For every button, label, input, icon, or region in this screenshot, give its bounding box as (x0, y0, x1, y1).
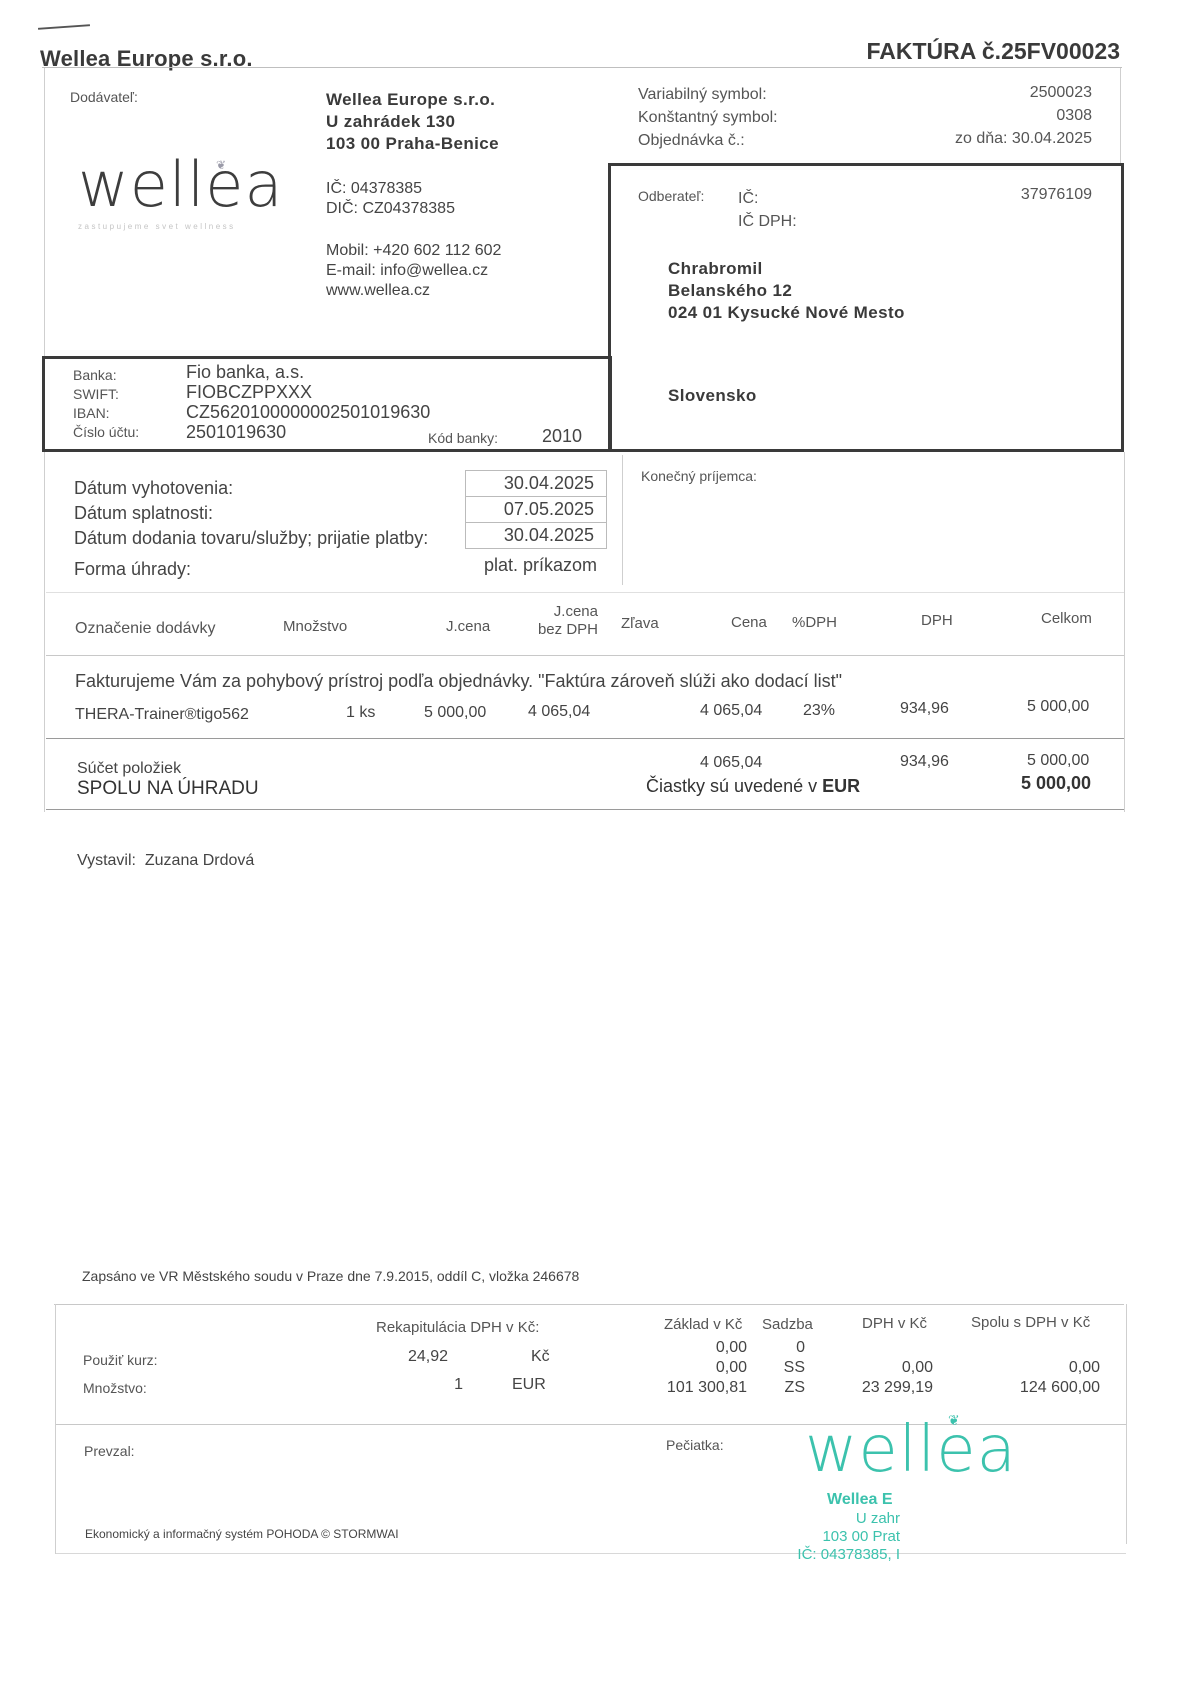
divider (1120, 68, 1121, 164)
col-designation: Označenie dodávky (75, 620, 216, 638)
constant-symbol-value: 0308 (955, 104, 1092, 127)
sum-total: 5 000,00 (1027, 752, 1089, 770)
payment-method-label: Forma úhrady: (74, 557, 428, 582)
wellea-logo: wellea ❦ zastupujeme svet wellness (78, 150, 288, 235)
stamp-line4: IČ: 04378385, I (797, 1546, 900, 1563)
recap-title: Rekapitulácia DPH v Kč: (376, 1319, 539, 1336)
pay-total: 5 000,00 (1021, 773, 1091, 794)
leaf-icon: ❦ (216, 158, 226, 172)
pen-mark (38, 24, 90, 30)
item-vat: 934,96 (900, 700, 949, 718)
issued-by: Vystavil: Zuzana Drdová (77, 852, 254, 870)
col-price: Cena (731, 614, 767, 631)
recap-col-total: Spolu s DPH v Kč (971, 1314, 1090, 1331)
account-label: Číslo účtu: (73, 423, 139, 442)
recap-col-rate: Sadzba (762, 1316, 813, 1333)
recap-total: 0,00 (960, 1359, 1100, 1377)
stamp-label: Pečiatka: (666, 1437, 724, 1453)
amount-value: 1 (380, 1376, 463, 1394)
rate-label: Použiť kurz: (83, 1352, 158, 1368)
issue-date-label: Dátum vyhotovenia: (74, 476, 428, 501)
final-recipient-label: Konečný príjemca: (641, 468, 757, 484)
col-total: Celkom (1041, 610, 1092, 627)
swift-label: SWIFT: (73, 385, 139, 404)
divider (1126, 1304, 1127, 1544)
customer-ic-value: 37976109 (1021, 186, 1092, 204)
bank-values: Fio banka, a.s. FIOBCZPPXXX CZ5620100000… (186, 362, 430, 442)
variable-symbol-label: Variabilný symbol: (638, 83, 778, 106)
item-designation: THERA-Trainer®tigo562 (75, 706, 249, 724)
customer-street: Belanského 12 (668, 280, 905, 302)
company-stamp: wellea ❦ Wellea E U zahr 103 00 Prat IČ:… (800, 1404, 1040, 1574)
col-discount: Zľava (621, 615, 659, 632)
item-unit-price: 5 000,00 (424, 704, 486, 722)
customer-ic-label: IČ: (738, 187, 797, 210)
stamp-line3: 103 00 Prat (822, 1528, 900, 1545)
divider (42, 67, 1122, 68)
col-quantity: Množstvo (283, 618, 347, 635)
currency-note-prefix: Čiastky sú uvedené v (646, 776, 817, 796)
divider (46, 809, 1124, 810)
date-values-box: 30.04.2025 07.05.2025 30.04.2025 (465, 470, 607, 549)
supplier-name: Wellea Europe s.r.o. (326, 89, 499, 111)
company-title: Wellea Europe s.r.o. (40, 46, 253, 72)
divider (55, 1304, 56, 1554)
stamp-leaf-icon: ❦ (948, 1412, 960, 1429)
recap-total: 124 600,00 (960, 1379, 1100, 1397)
stamp-logo: wellea (805, 1418, 1017, 1482)
amount-unit: EUR (512, 1376, 546, 1394)
divider (46, 592, 1124, 593)
iban-value: CZ5620100000002501019630 (186, 402, 430, 422)
customer-name: Chrabromil (668, 258, 905, 280)
invoice-note: Fakturujeme Vám za pohybový prístroj pod… (75, 671, 842, 692)
currency-code: EUR (822, 776, 860, 796)
divider (54, 1304, 1124, 1305)
iban-label: IBAN: (73, 404, 139, 423)
stamp-line1: Wellea E (827, 1491, 893, 1509)
col-vat-pct: %DPH (792, 614, 837, 631)
recap-base: 0,00 (620, 1359, 747, 1377)
divider (622, 455, 623, 585)
customer-city: 024 01 Kysucké Nové Mesto (668, 302, 905, 324)
registry-note: Zapsáno ve VR Městského soudu v Praze dn… (82, 1268, 579, 1284)
sum-price: 4 065,04 (700, 754, 762, 772)
supplier-email[interactable]: E-mail: info@wellea.cz (326, 261, 501, 281)
invoice-title: FAKTÚRA č.25FV00023 (866, 38, 1120, 65)
divider (46, 655, 1124, 656)
rate-value: 24,92 (380, 1348, 448, 1366)
issued-by-name: Zuzana Drdová (145, 852, 254, 869)
item-total: 5 000,00 (1027, 698, 1089, 716)
col-unit-price-net-line2: bez DPH (520, 621, 598, 639)
currency-note: Čiastky sú uvedené v EUR (646, 776, 860, 797)
recap-rate: ZS (770, 1379, 805, 1397)
customer-country: Slovensko (668, 386, 757, 406)
supplier-ids: IČ: 04378385 DIČ: CZ04378385 (326, 179, 455, 219)
bank-label: Banka: (73, 366, 139, 385)
amount-label: Množstvo: (83, 1380, 147, 1396)
customer-id-labels: IČ: IČ DPH: (738, 187, 797, 233)
sum-label: Súčet položiek (77, 760, 181, 778)
recap-col-vat: DPH v Kč (862, 1315, 927, 1332)
recap-rate: SS (770, 1359, 805, 1377)
bank-labels: Banka: SWIFT: IBAN: Číslo účtu: (73, 366, 139, 442)
supplier-street: U zahrádek 130 (326, 111, 499, 133)
col-unit-price-net-line1: J.cena (520, 603, 598, 621)
swift-value: FIOBCZPPXXX (186, 382, 430, 402)
supplier-dic: DIČ: CZ04378385 (326, 199, 455, 219)
constant-symbol-label: Konštantný symbol: (638, 106, 778, 129)
customer-icdph-label: IČ DPH: (738, 210, 797, 233)
divider (1124, 452, 1125, 812)
stamp-line2: U zahr (856, 1510, 900, 1527)
supplier-web[interactable]: www.wellea.cz (326, 281, 501, 301)
delivery-date-label: Dátum dodania tovaru/služby; prijatie pl… (74, 526, 428, 551)
item-quantity: 1 ks (346, 704, 375, 722)
supplier-city: 103 00 Praha-Benice (326, 133, 499, 155)
customer-address: Chrabromil Belanského 12 024 01 Kysucké … (668, 258, 905, 324)
logo-text: wellea (78, 154, 283, 216)
delivery-date-value: 30.04.2025 (466, 523, 606, 548)
recap-vat: 23 299,19 (820, 1379, 933, 1397)
col-vat: DPH (921, 612, 953, 629)
supplier-address: Wellea Europe s.r.o. U zahrádek 130 103 … (326, 89, 499, 155)
rate-unit: Kč (531, 1348, 550, 1366)
divider (44, 452, 45, 812)
divider (44, 68, 45, 358)
symbols-values: 2500023 0308 zo dňa: 30.04.2025 (955, 81, 1092, 150)
recap-rate: 0 (770, 1339, 805, 1357)
variable-symbol-value: 2500023 (955, 81, 1092, 104)
due-date-value: 07.05.2025 (466, 497, 606, 523)
received-label: Prevzal: (84, 1443, 135, 1459)
item-unit-price-net: 4 065,04 (528, 703, 590, 721)
recap-base: 101 300,81 (620, 1379, 747, 1397)
bank-code-label: Kód banky: (428, 430, 498, 446)
recap-col-base: Základ v Kč (664, 1316, 742, 1333)
bank-value: Fio banka, a.s. (186, 362, 430, 382)
col-unit-price: J.cena (446, 618, 490, 635)
divider (46, 738, 1124, 739)
symbols-labels: Variabilný symbol: Konštantný symbol: Ob… (638, 83, 778, 152)
account-value: 2501019630 (186, 422, 430, 442)
item-price: 4 065,04 (700, 702, 762, 720)
customer-label: Odberateľ: (638, 188, 704, 204)
order-label: Objednávka č.: (638, 129, 778, 152)
col-unit-price-net: J.cena bez DPH (520, 603, 598, 639)
due-date-label: Dátum splatnosti: (74, 501, 428, 526)
sum-vat: 934,96 (900, 753, 949, 771)
recap-vat: 0,00 (820, 1359, 933, 1377)
bank-code-value: 2010 (542, 426, 582, 447)
logo-tagline: zastupujeme svet wellness (78, 222, 236, 231)
payment-method-value: plat. príkazom (484, 555, 597, 576)
item-vat-pct: 23% (803, 702, 835, 720)
supplier-contacts: Mobil: +420 602 112 602 E-mail: info@wel… (326, 241, 501, 301)
supplier-label: Dodávateľ: (70, 89, 138, 105)
order-date: zo dňa: 30.04.2025 (955, 127, 1092, 150)
date-labels: Dátum vyhotovenia: Dátum splatnosti: Dát… (74, 476, 428, 582)
issue-date-value: 30.04.2025 (466, 471, 606, 497)
pay-label: SPOLU NA ÚHRADU (77, 778, 259, 800)
supplier-ic: IČ: 04378385 (326, 179, 455, 199)
supplier-mobile: Mobil: +420 602 112 602 (326, 241, 501, 261)
recap-base: 0,00 (620, 1339, 747, 1357)
software-note: Ekonomický a informačný systém POHODA © … (85, 1527, 399, 1541)
issued-by-label: Vystavil: (77, 852, 136, 869)
